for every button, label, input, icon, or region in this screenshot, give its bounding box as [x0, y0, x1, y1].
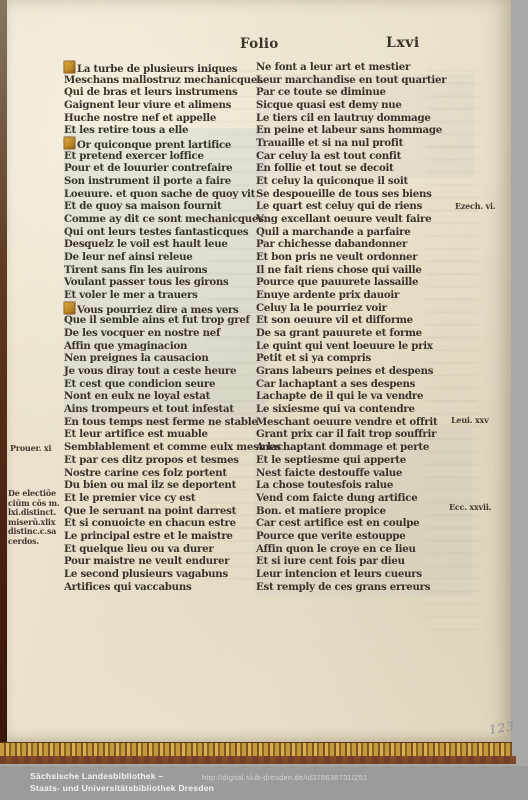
- verse-line: Artifices qui vaccabuns: [64, 581, 258, 594]
- verse-line: Et pretend exercer loffice: [64, 150, 258, 163]
- verse-line: Et leur artifice est muable: [64, 428, 258, 441]
- verse-line: Affin quon le croye en ce lieu: [256, 543, 468, 556]
- margin-note-line: Ecc. xxvii.: [449, 503, 491, 513]
- verse-line: Leur marchandise en tout quartier: [256, 74, 468, 87]
- verse-line: Le tiers cil en lautruy dommage: [256, 112, 468, 125]
- verse-line: Car cest artifice est en coulpe: [256, 517, 468, 530]
- verse-line: Affin que ymaginacion: [64, 340, 258, 353]
- verse-line: Or quiconque prent lartifice: [64, 137, 258, 150]
- margin-note-line: Leui. xxv: [451, 416, 489, 426]
- verse-line: Trauaille et si na nul profit: [256, 137, 468, 150]
- verse-line: Et de quoy sa maison fournit: [64, 200, 258, 213]
- verse-line: Vng excellant oeuure veult faire: [256, 213, 468, 226]
- verse-line: Et si iure cent fois par dieu: [256, 555, 468, 568]
- verse-line: Par chichesse dabandonner: [256, 238, 468, 251]
- scan-viewport: Folio Lxvi La turbe de plusieurs iniques…: [0, 0, 528, 800]
- verse-line: Quil a marchande a parfaire: [256, 226, 468, 239]
- verse-line: Pource que pauurete lassaille: [256, 276, 468, 289]
- verse-line: Voulant passer tous les girons: [64, 276, 258, 289]
- verse-line: Son instrument il porte a faire: [64, 175, 258, 188]
- verse-line: La chose toutesfois ralue: [256, 479, 468, 492]
- decorated-initial: [64, 302, 75, 314]
- verse-line: Que il semble ains et fut trop gref: [64, 314, 258, 327]
- verse-line: Pour maistre ne veult endurer: [64, 555, 258, 568]
- verse-line: Et bon pris ne veult ordonner: [256, 251, 468, 264]
- library-name-line2: Staats- und Universitätsbibliothek Dresd…: [30, 783, 214, 795]
- margin-reference-note: De electiōeciūm cōs m.lxi.distinct.miser…: [8, 489, 60, 547]
- verse-line: Pource que verite estouppe: [256, 530, 468, 543]
- verse-line: De sa grant pauurete et forme: [256, 327, 468, 340]
- verse-line: Tirent sans fin les auirons: [64, 264, 258, 277]
- margin-note-line: Prouer. xi: [10, 444, 51, 454]
- digital-source-url: http://digital.slub-dresden.de/id3786367…: [202, 773, 367, 782]
- verse-line: Bon. et matiere propice: [256, 505, 468, 518]
- verse-line: Le sixiesme qui va contendre: [256, 403, 468, 416]
- verse-line: Nont en eulx ne loyal estat: [64, 390, 258, 403]
- verse-line: Et les retire tous a elle: [64, 124, 258, 137]
- verse-line: Le quart est celuy qui de riens: [256, 200, 468, 213]
- decorated-initial: [64, 137, 75, 149]
- verse-line: Qui ont leurs testes fantasticques: [64, 226, 258, 239]
- verse-line: Je vous diray tout a ceste heure: [64, 365, 258, 378]
- verse-line: Desquelz le voil est hault leue: [64, 238, 258, 251]
- verse-line: Et voler le mer a trauers: [64, 289, 258, 302]
- text-column-left: La turbe de plusieurs iniquesMeschans ma…: [64, 61, 258, 593]
- verse-line: Le quint qui vent loeuure le prix: [256, 340, 468, 353]
- verse-line: Est remply de ces grans erreurs: [256, 581, 468, 594]
- verse-line: Comme ay dit ce sont mechanicques: [64, 213, 258, 226]
- verse-line: Car lachaptant a ses despens: [256, 378, 468, 391]
- margin-reference-note: Leui. xxv: [451, 416, 489, 426]
- verse-line: Meschans mallostruz mechanicques: [64, 74, 258, 87]
- verse-line: Il ne fait riens chose qui vaille: [256, 264, 468, 277]
- handwritten-page-number: 123: [488, 719, 516, 737]
- folio-number: Lxvi: [386, 35, 420, 51]
- verse-line: Petit et si ya compris: [256, 352, 468, 365]
- margin-reference-note: Ecc. xxvii.: [449, 503, 491, 513]
- verse-line: Et par ces ditz propos et tesmes: [64, 454, 258, 467]
- verse-line: Que le seruant na point darrest: [64, 505, 258, 518]
- verse-line: Et cest que condicion seure: [64, 378, 258, 391]
- book-spine-edge: [0, 0, 7, 762]
- verse-line: Celuy la le pourriez voir: [256, 302, 468, 315]
- binding-board-edge: [0, 756, 516, 764]
- verse-line: Lachapte de il qui le va vendre: [256, 390, 468, 403]
- verse-line: Leur intencion et leurs cueurs: [256, 568, 468, 581]
- verse-line: Le second plusieurs vagabuns: [64, 568, 258, 581]
- verse-line: Grant prix car il fait trop souffrir: [256, 428, 468, 441]
- verse-line: Meschant oeuure vendre et offrit: [256, 416, 468, 429]
- verse-line: Et le septiesme qui apperte: [256, 454, 468, 467]
- verse-line: En follie et tout se decoit: [256, 162, 468, 175]
- library-footer-bar: Sächsische Landesbibliothek – Staats- un…: [0, 766, 528, 800]
- verse-line: Sicque quasi est demy nue: [256, 99, 468, 112]
- verse-line: Se despoueille de tous ses biens: [256, 188, 468, 201]
- verse-line: Qui de bras et leurs instrumens: [64, 86, 258, 99]
- verse-line: Enuye ardente prix dauoir: [256, 289, 468, 302]
- verse-line: En peine et labeur sans hommage: [256, 124, 468, 137]
- decorated-initial: [64, 61, 75, 73]
- verse-line: Car celuy la est tout confit: [256, 150, 468, 163]
- verse-line: La turbe de plusieurs iniques: [64, 61, 258, 74]
- verse-line: Le principal estre et le maistre: [64, 530, 258, 543]
- verse-line: Semblablement et comme eulx mesmes: [64, 441, 258, 454]
- verse-line: Nen preignes la causacion: [64, 352, 258, 365]
- verse-line: Loeuure. et quon sache de quoy vit: [64, 188, 258, 201]
- verse-line: Et quelque lieu ou va durer: [64, 543, 258, 556]
- verse-line: Et celuy la quiconque il soit: [256, 175, 468, 188]
- verse-line: Ne font a leur art et mestier: [256, 61, 468, 74]
- verse-line: Et le premier vice cy est: [64, 492, 258, 505]
- margin-note-line: cerdos.: [8, 537, 60, 547]
- verse-line: Nest faicte destouffe value: [256, 467, 468, 480]
- verse-line: Vend com faicte dung artifice: [256, 492, 468, 505]
- verse-line: Vous pourriez dire a mes vers: [64, 302, 258, 315]
- library-name-line1: Sächsische Landesbibliothek –: [30, 771, 214, 783]
- library-name: Sächsische Landesbibliothek – Staats- un…: [30, 771, 214, 794]
- margin-reference-note: Prouer. xi: [10, 444, 51, 454]
- verse-line: Nostre carine ces folz portent: [64, 467, 258, 480]
- verse-line: A lachaptant dommage et perte: [256, 441, 468, 454]
- margin-note-line: Ezech. vi.: [455, 202, 495, 212]
- margin-reference-note: Ezech. vi.: [455, 202, 495, 212]
- verse-line: Et son oeuure vil et difforme: [256, 314, 468, 327]
- verse-line: Grans labeurs peines et despens: [256, 365, 468, 378]
- verse-line: De leur nef ainsi releue: [64, 251, 258, 264]
- verse-line: Gaignent leur viure et alimens: [64, 99, 258, 112]
- gilded-book-edge: [0, 742, 512, 756]
- verse-line: Et si conuoicte en chacun estre: [64, 517, 258, 530]
- verse-line: En tous temps nest ferme ne stable: [64, 416, 258, 429]
- running-title-folio: Folio: [240, 36, 279, 52]
- verse-line: Huche nostre nef et appelle: [64, 112, 258, 125]
- verse-line: De les vocquer en nostre nef: [64, 327, 258, 340]
- text-column-right: Ne font a leur art et mestierLeur marcha…: [256, 61, 468, 593]
- verse-line: Pour et de louurier contrefaire: [64, 162, 258, 175]
- verse-line: Par ce toute se diminue: [256, 86, 468, 99]
- verse-line: Du bien ou mal ilz se deportent: [64, 479, 258, 492]
- verse-line: Ains trompeurs et tout infestat: [64, 403, 258, 416]
